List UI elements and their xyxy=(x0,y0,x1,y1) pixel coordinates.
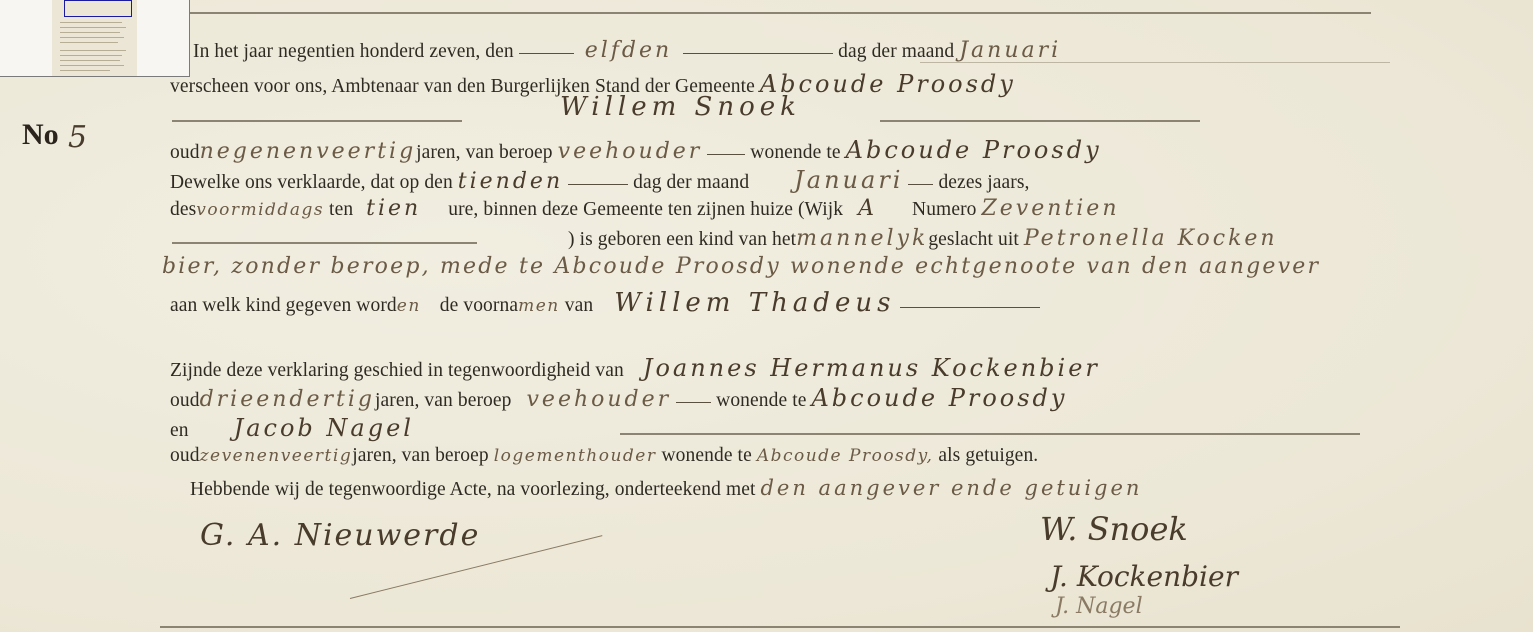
handwritten-witness2-name: Jacob Nagel xyxy=(234,414,414,442)
handwritten-witness2-age: zevenenveertig xyxy=(200,446,353,466)
record-number-value: 5 xyxy=(68,120,90,155)
line-witness2-details: oudzevenenveertigjaren, van beroep logem… xyxy=(170,445,1038,467)
handwritten-age: negenenveertig xyxy=(200,139,417,164)
line-birth-time-place: desvoormiddags ten tien ure, binnen deze… xyxy=(170,196,1120,221)
handwritten-witness1-residence: Abcoude Proosdy xyxy=(811,384,1067,412)
line-sex-mother: ) is geboren een kind van hetmannelykges… xyxy=(568,226,1278,251)
handwritten-witness1-name: Joannes Hermanus Kockenbier xyxy=(643,354,1100,382)
signature-witness2: J. Nagel xyxy=(1055,594,1143,619)
line-date: In het jaar negentien honderd zeven, den… xyxy=(193,38,1061,63)
line-child-name: aan welk kind gegeven worden de voorname… xyxy=(170,288,1040,318)
printed-text: In het jaar negentien honderd zeven, den xyxy=(193,41,514,62)
handwritten-residence: Abcoude Proosdy xyxy=(846,136,1102,164)
handwritten-mother-name: Petronella Kocken xyxy=(1024,226,1278,251)
record-number-label: No xyxy=(22,118,59,152)
bottom-rule xyxy=(160,626,1400,628)
signature-witness1: J. Kockenbier xyxy=(1050,560,1238,593)
handwritten-occupation: veehouder xyxy=(558,139,703,164)
handwritten-signed-with: den aangever ende getuigen xyxy=(760,476,1142,500)
line-signing: Hebbende wij de tegenwoordige Acte, na v… xyxy=(190,476,1142,501)
line-declarant: Willem Snoek xyxy=(560,92,801,122)
handwritten-birth-day: tienden xyxy=(458,169,563,194)
handwritten-wijk: A xyxy=(858,196,877,221)
handwritten-mother-details: bier, zonder beroep, mede te Abcoude Pro… xyxy=(162,254,1320,279)
thumbnail-viewport-indicator[interactable] xyxy=(64,0,132,17)
signature-official: G. A. Nieuwerde xyxy=(200,518,480,553)
top-rule xyxy=(186,12,1371,14)
handwritten-witness2-residence: Abcoude Proosdy, xyxy=(757,446,934,466)
handwritten-witness1-age: drieendertig xyxy=(200,387,375,412)
handwritten-sex: mannelyk xyxy=(796,226,928,251)
line-witness1-details: ouddrieendertigjaren, van beroep veehoud… xyxy=(170,384,1067,412)
signature-declarant: W. Snoek xyxy=(1040,510,1188,548)
page-thumbnail-navigator[interactable] xyxy=(0,0,190,77)
handwritten-child-name: Willem Thadeus xyxy=(614,288,895,318)
handwritten-witness1-occupation: veehouder xyxy=(527,387,672,412)
line-witness1: Zijnde deze verklaring geschied in tegen… xyxy=(170,354,1100,382)
handwritten-declarant-name: Willem Snoek xyxy=(560,92,801,122)
handwritten-birth-month: Januari xyxy=(794,166,903,194)
line-declarant-details: oudnegenenveertigjaren, van beroep veeho… xyxy=(170,136,1102,164)
handwritten-hour: tien xyxy=(366,196,421,221)
handwritten-witness2-occupation: logementhouder xyxy=(494,446,657,466)
line-mother-continued: bier, zonder beroep, mede te Abcoude Pro… xyxy=(162,254,1320,279)
line-witness2: en Jacob Nagel xyxy=(170,414,414,442)
handwritten-daypart: voormiddags xyxy=(196,200,324,220)
line-birth-date: Dewelke ons verklaarde, dat op den tiend… xyxy=(170,166,1030,194)
handwritten-day: elfden xyxy=(585,38,672,63)
document-viewer: No 5 In het jaar negentien honderd zeven… xyxy=(0,0,1533,632)
handwritten-numero: Zeventien xyxy=(982,196,1120,221)
handwritten-month: Januari xyxy=(959,38,1061,63)
